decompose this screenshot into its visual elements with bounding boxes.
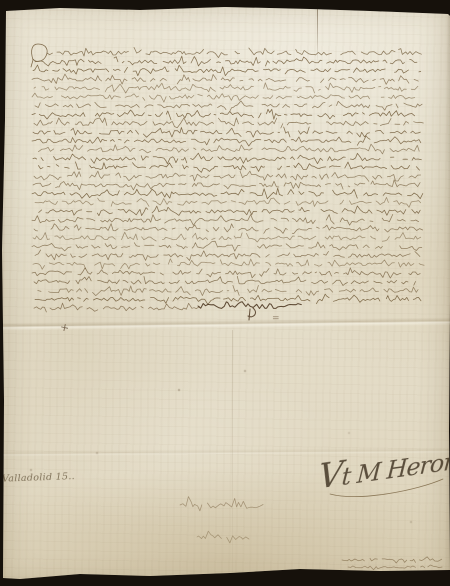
manuscript-line bbox=[33, 180, 420, 190]
annotation-scribble bbox=[342, 557, 447, 563]
annotation-scribble bbox=[180, 497, 263, 511]
manuscript-line bbox=[33, 65, 421, 76]
closing-phrase bbox=[198, 302, 301, 309]
manuscript-line bbox=[33, 127, 420, 137]
manuscript-line bbox=[38, 162, 419, 173]
manuscript-line bbox=[32, 188, 423, 199]
manuscript-line bbox=[34, 171, 421, 181]
manuscript-text-svg bbox=[0, 0, 450, 586]
manuscript-page: Valladolid 15.. Vt M Heron + = bbox=[0, 0, 450, 586]
manuscript-line bbox=[33, 153, 421, 164]
manuscript-line bbox=[47, 47, 421, 57]
manuscript-line bbox=[35, 56, 423, 66]
manuscript-line bbox=[34, 276, 421, 285]
tally-mark: = bbox=[272, 314, 280, 324]
paper-specks bbox=[0, 0, 2, 2]
manuscript-line bbox=[32, 136, 421, 146]
manuscript-line bbox=[33, 259, 424, 270]
manuscript-line bbox=[32, 109, 421, 120]
manuscript-line bbox=[32, 241, 422, 251]
vertical-fold-crease-bottom bbox=[232, 330, 233, 572]
annotation-scribble bbox=[348, 565, 442, 570]
manuscript-line bbox=[34, 83, 423, 93]
annotation-scribble bbox=[197, 531, 249, 543]
manuscript-line bbox=[38, 144, 419, 154]
photo-background: Valladolid 15.. Vt M Heron + = bbox=[0, 0, 450, 586]
manuscript-line bbox=[38, 285, 418, 295]
manuscript-line bbox=[34, 118, 423, 128]
manuscript-line bbox=[32, 215, 419, 226]
manuscript-line bbox=[32, 268, 420, 278]
vertical-fold-crease-top bbox=[317, 9, 318, 63]
manuscript-line bbox=[33, 232, 421, 242]
manuscript-line bbox=[39, 206, 421, 216]
manuscript-line bbox=[35, 101, 422, 111]
manuscript-line bbox=[34, 224, 423, 234]
rubric-flourish bbox=[248, 308, 256, 320]
manuscript-line bbox=[32, 93, 420, 102]
manuscript-line bbox=[35, 250, 420, 261]
manuscript-line bbox=[35, 197, 421, 207]
manuscript-line bbox=[34, 303, 205, 312]
